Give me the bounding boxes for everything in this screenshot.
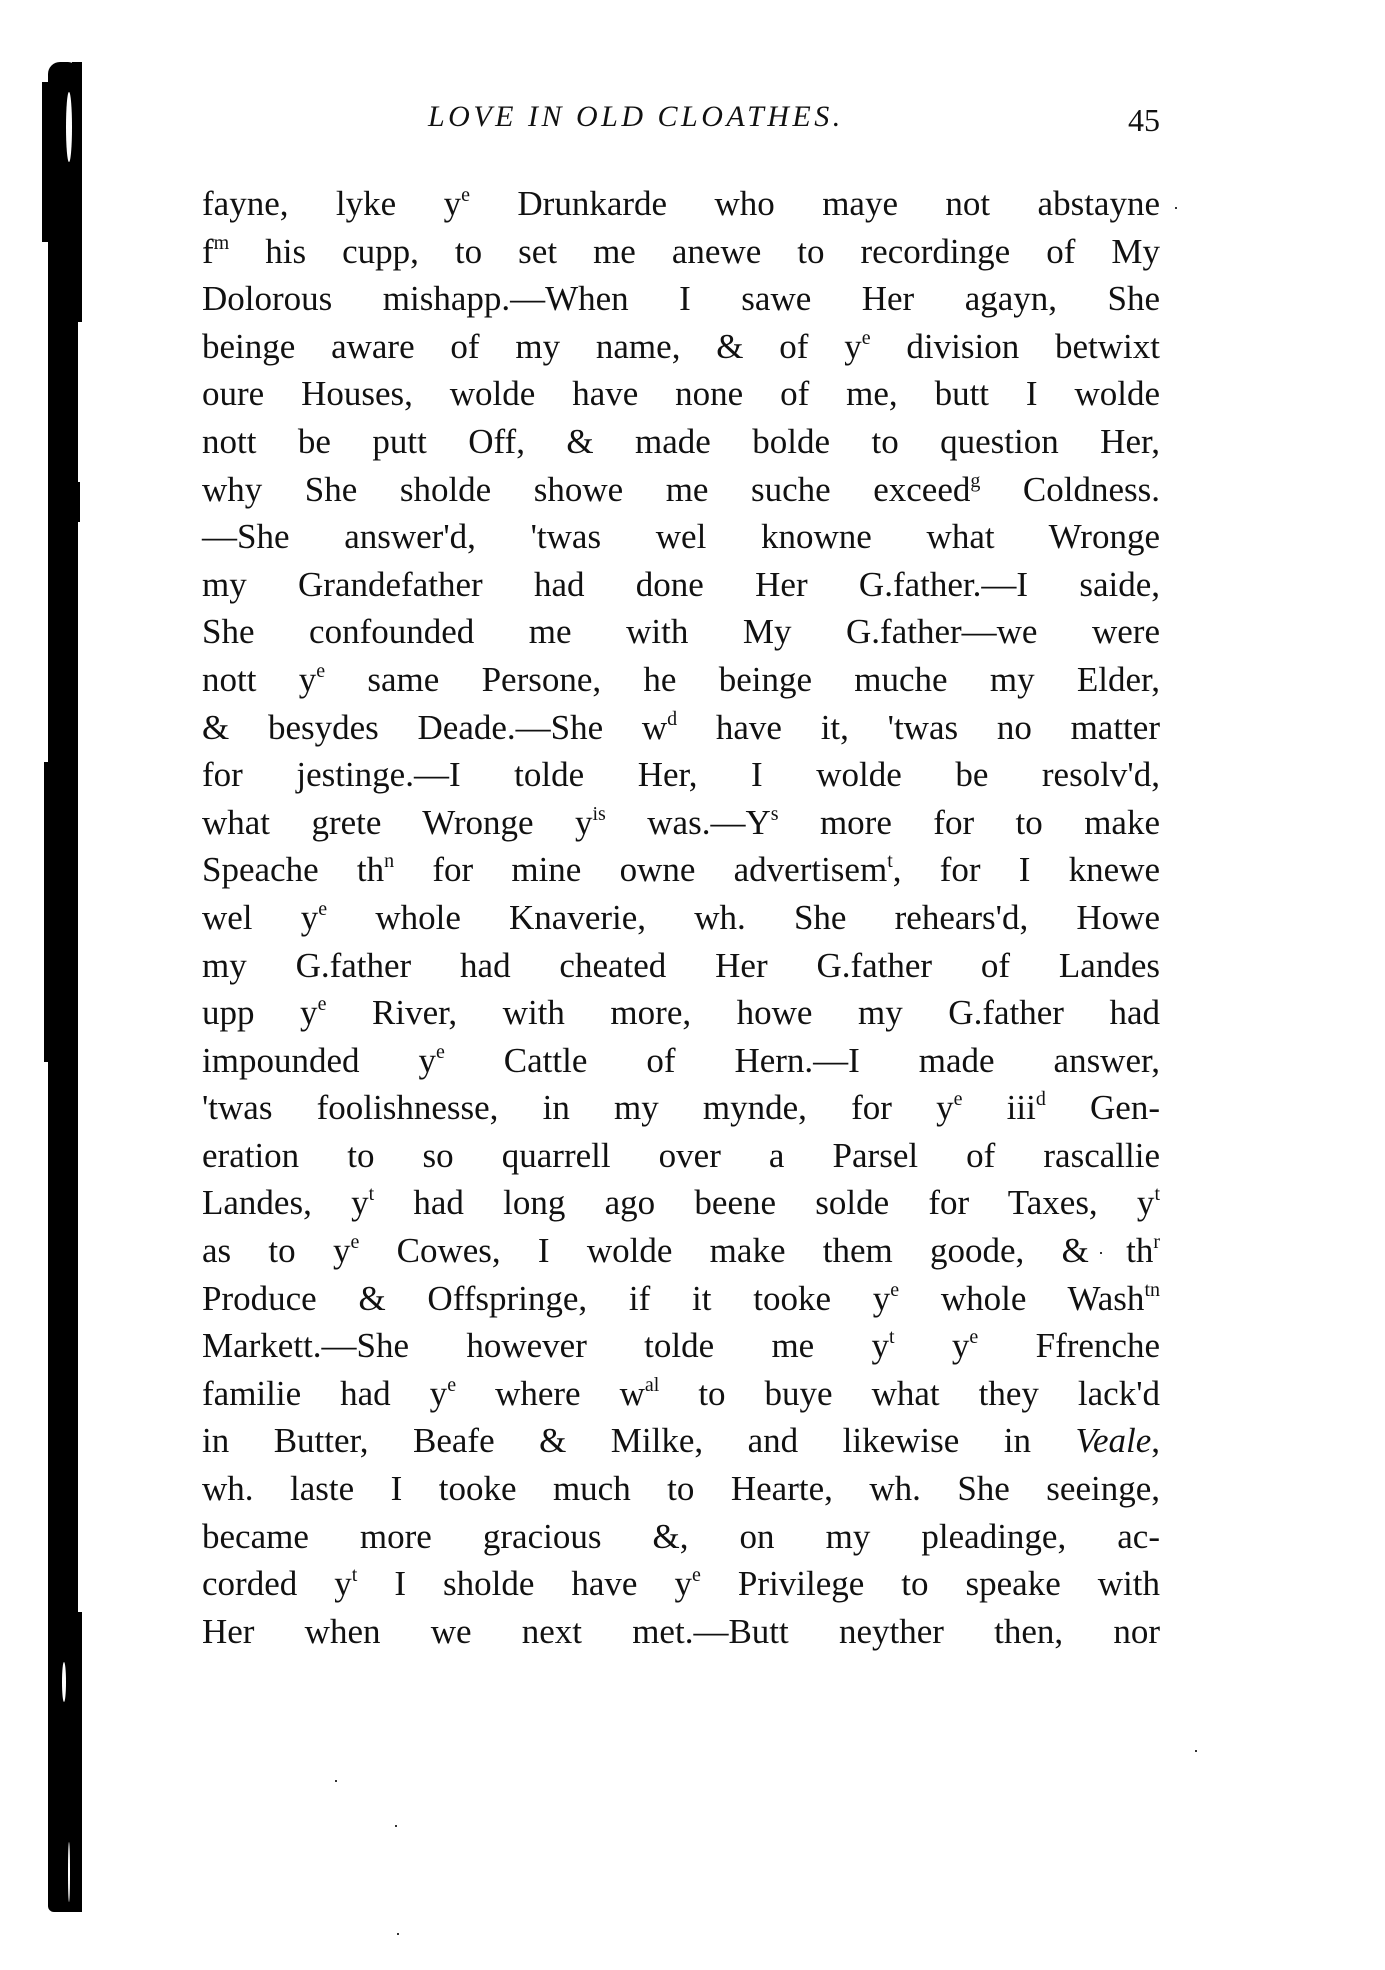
text-segment: , for I knewe xyxy=(893,850,1160,889)
text-line: wh. laste I tooke much to Hearte, wh. Sh… xyxy=(202,1465,1160,1513)
superscript-abbreviation: e xyxy=(890,1279,899,1301)
text-segment: , xyxy=(1151,1421,1160,1460)
text-segment: Markett.—She however tolde me y xyxy=(202,1326,889,1365)
superscript-abbreviation: e xyxy=(318,898,327,920)
text-segment: nott be putt Off, & made bolde to questi… xyxy=(202,422,1160,461)
text-segment: why She sholde showe me suche exceed xyxy=(202,470,970,509)
text-segment: f xyxy=(202,232,214,271)
text-segment: Privilege to speake with xyxy=(701,1564,1160,1603)
text-segment: in Butter, Beafe & Milke, and likewise i… xyxy=(202,1421,1075,1460)
text-line: upp ye River, with more, howe my G.fathe… xyxy=(202,989,1160,1037)
text-line: why She sholde showe me suche exceedg Co… xyxy=(202,466,1160,514)
superscript-abbreviation: al xyxy=(645,1374,659,1396)
superscript-abbreviation: tn xyxy=(1144,1279,1160,1301)
text-segment: whole Wash xyxy=(899,1279,1144,1318)
text-line: became more gracious &, on my pleadinge,… xyxy=(202,1513,1160,1561)
superscript-abbreviation: e xyxy=(350,1231,359,1253)
text-line: wel ye whole Knaverie, wh. She rehears'd… xyxy=(202,894,1160,942)
text-segment: Coldness. xyxy=(980,470,1160,509)
text-line: corded yt I sholde have ye Privilege to … xyxy=(202,1560,1160,1608)
text-segment: Speache th xyxy=(202,850,384,889)
superscript-abbreviation: e xyxy=(447,1374,456,1396)
text-segment: corded y xyxy=(202,1564,352,1603)
text-segment: became more gracious &, on my pleadinge,… xyxy=(202,1517,1160,1556)
text-line: Dolorous mishapp.—When I sawe Her agayn,… xyxy=(202,275,1160,323)
body-text: fayne, lyke ye Drunkarde who maye not ab… xyxy=(202,180,1160,1655)
text-segment: Landes, y xyxy=(202,1183,369,1222)
text-segment: division betwixt xyxy=(871,327,1160,366)
running-title: LOVE IN OLD CLOATHES. xyxy=(428,100,844,134)
scan-speck xyxy=(335,1780,337,1782)
text-line: fayne, lyke ye Drunkarde who maye not ab… xyxy=(202,180,1160,228)
text-segment: y xyxy=(895,1326,970,1365)
text-line: eration to so quarrell over a Parsel of … xyxy=(202,1132,1160,1180)
text-segment: my Grandefather had done Her G.father.—I… xyxy=(202,565,1160,604)
text-segment: upp y xyxy=(202,993,318,1032)
superscript-abbreviation: n xyxy=(384,850,394,872)
text-line: nott be putt Off, & made bolde to questi… xyxy=(202,418,1160,466)
superscript-abbreviation: m xyxy=(214,232,230,254)
text-segment: Produce & Offspringe, if it tooke y xyxy=(202,1279,890,1318)
text-segment: beinge aware of my name, & of y xyxy=(202,327,862,366)
text-line: beinge aware of my name, & of ye divisio… xyxy=(202,323,1160,371)
text-segment: more for to make xyxy=(779,803,1160,842)
superscript-abbreviation: d xyxy=(667,708,677,730)
text-line: what grete Wronge yis was.—Ys more for t… xyxy=(202,799,1160,847)
text-segment: fayne, lyke y xyxy=(202,184,461,223)
text-segment: oure Houses, wolde have none of me, butt… xyxy=(202,374,1160,413)
text-segment: what grete Wronge y xyxy=(202,803,592,842)
text-segment: impounded y xyxy=(202,1041,436,1080)
text-segment: She confounded me with My G.father—we we… xyxy=(202,612,1160,651)
text-line: & besydes Deade.—She wd have it, 'twas n… xyxy=(202,704,1160,752)
superscript-abbreviation: e xyxy=(436,1041,445,1063)
text-segment: —She answer'd, 'twas wel knowne what Wro… xyxy=(202,517,1160,556)
text-line: —She answer'd, 'twas wel knowne what Wro… xyxy=(202,513,1160,561)
text-segment: for mine owne advertisem xyxy=(394,850,887,889)
text-segment: 'twas foolishnesse, in my mynde, for y xyxy=(202,1088,954,1127)
text-segment: & besydes Deade.—She w xyxy=(202,708,667,747)
page-number: 45 xyxy=(1128,102,1160,139)
superscript-abbreviation: e xyxy=(692,1564,701,1586)
text-line: Her when we next met.—Butt neyther then,… xyxy=(202,1608,1160,1656)
superscript-abbreviation: e xyxy=(969,1326,978,1348)
text-segment: was.—Y xyxy=(606,803,771,842)
text-segment: his cupp, to set me anewe to recordinge … xyxy=(229,232,1160,271)
text-segment: have it, 'twas no matter xyxy=(677,708,1160,747)
text-segment: wel y xyxy=(202,898,318,937)
text-segment: Dolorous mishapp.—When I sawe Her agayn,… xyxy=(202,279,1160,318)
text-segment: eration to so quarrell over a Parsel of … xyxy=(202,1136,1160,1175)
superscript-abbreviation: d xyxy=(1036,1088,1046,1110)
text-line: as to ye Cowes, I wolde make them goode,… xyxy=(202,1227,1160,1275)
running-head: LOVE IN OLD CLOATHES. 45 xyxy=(200,100,1160,150)
text-segment: I sholde have y xyxy=(357,1564,692,1603)
text-segment: Cowes, I wolde make them goode, & th xyxy=(359,1231,1153,1270)
text-segment: Gen- xyxy=(1046,1088,1160,1127)
text-segment: wh. laste I tooke much to Hearte, wh. Sh… xyxy=(202,1469,1160,1508)
superscript-abbreviation: e xyxy=(316,660,325,682)
text-segment: for jestinge.—I tolde Her, I wolde be re… xyxy=(202,755,1160,794)
text-segment: familie had y xyxy=(202,1374,447,1413)
text-segment: my G.father had cheated Her G.father of … xyxy=(202,946,1160,985)
scan-speck xyxy=(1100,1252,1102,1254)
text-line: my Grandefather had done Her G.father.—I… xyxy=(202,561,1160,609)
text-line: Landes, yt had long ago beene solde for … xyxy=(202,1179,1160,1227)
superscript-abbreviation: s xyxy=(771,803,779,825)
superscript-abbreviation: t xyxy=(1154,1183,1160,1205)
scan-speck xyxy=(1195,1750,1197,1752)
text-line: nott ye same Persone, he beinge muche my… xyxy=(202,656,1160,704)
text-line: 'twas foolishnesse, in my mynde, for ye … xyxy=(202,1084,1160,1132)
text-line: Produce & Offspringe, if it tooke ye who… xyxy=(202,1275,1160,1323)
text-segment: Cattle of Hern.—I made answer, xyxy=(445,1041,1160,1080)
text-line: She confounded me with My G.father—we we… xyxy=(202,608,1160,656)
text-segment: River, with more, howe my G.father had xyxy=(326,993,1160,1032)
scan-speck xyxy=(397,1933,399,1935)
text-segment: whole Knaverie, wh. She rehears'd, Howe xyxy=(327,898,1160,937)
scan-speck xyxy=(1175,207,1177,209)
text-line: fm his cupp, to set me anewe to recordin… xyxy=(202,228,1160,276)
text-segment: iii xyxy=(962,1088,1035,1127)
text-segment: as to y xyxy=(202,1231,350,1270)
superscript-abbreviation: e xyxy=(862,327,871,349)
text-segment: to buye what they lack'd xyxy=(659,1374,1160,1413)
text-segment: same Persone, he beinge muche my Elder, xyxy=(325,660,1160,699)
text-segment: Ffrenche xyxy=(978,1326,1160,1365)
text-line: in Butter, Beafe & Milke, and likewise i… xyxy=(202,1417,1160,1465)
superscript-abbreviation: e xyxy=(461,184,470,206)
superscript-abbreviation: g xyxy=(970,470,980,492)
text-segment: where w xyxy=(456,1374,645,1413)
text-line: for jestinge.—I tolde Her, I wolde be re… xyxy=(202,751,1160,799)
text-line: Speache thn for mine owne advertisemt, f… xyxy=(202,846,1160,894)
text-segment: had long ago beene solde for Taxes, y xyxy=(374,1183,1154,1222)
scan-speck xyxy=(395,1825,397,1827)
text-line: familie had ye where wal to buye what th… xyxy=(202,1370,1160,1418)
text-segment: nott y xyxy=(202,660,316,699)
text-line: oure Houses, wolde have none of me, butt… xyxy=(202,370,1160,418)
italic-word: Veale xyxy=(1075,1421,1151,1460)
superscript-abbreviation: is xyxy=(592,803,605,825)
binding-shadow xyxy=(48,62,78,1912)
text-segment: Drunkarde who maye not abstayne xyxy=(470,184,1160,223)
text-line: impounded ye Cattle of Hern.—I made answ… xyxy=(202,1037,1160,1085)
text-line: Markett.—She however tolde me yt ye Ffre… xyxy=(202,1322,1160,1370)
text-line: my G.father had cheated Her G.father of … xyxy=(202,942,1160,990)
text-segment: Her when we next met.—Butt neyther then,… xyxy=(202,1612,1160,1651)
superscript-abbreviation: r xyxy=(1153,1231,1160,1253)
